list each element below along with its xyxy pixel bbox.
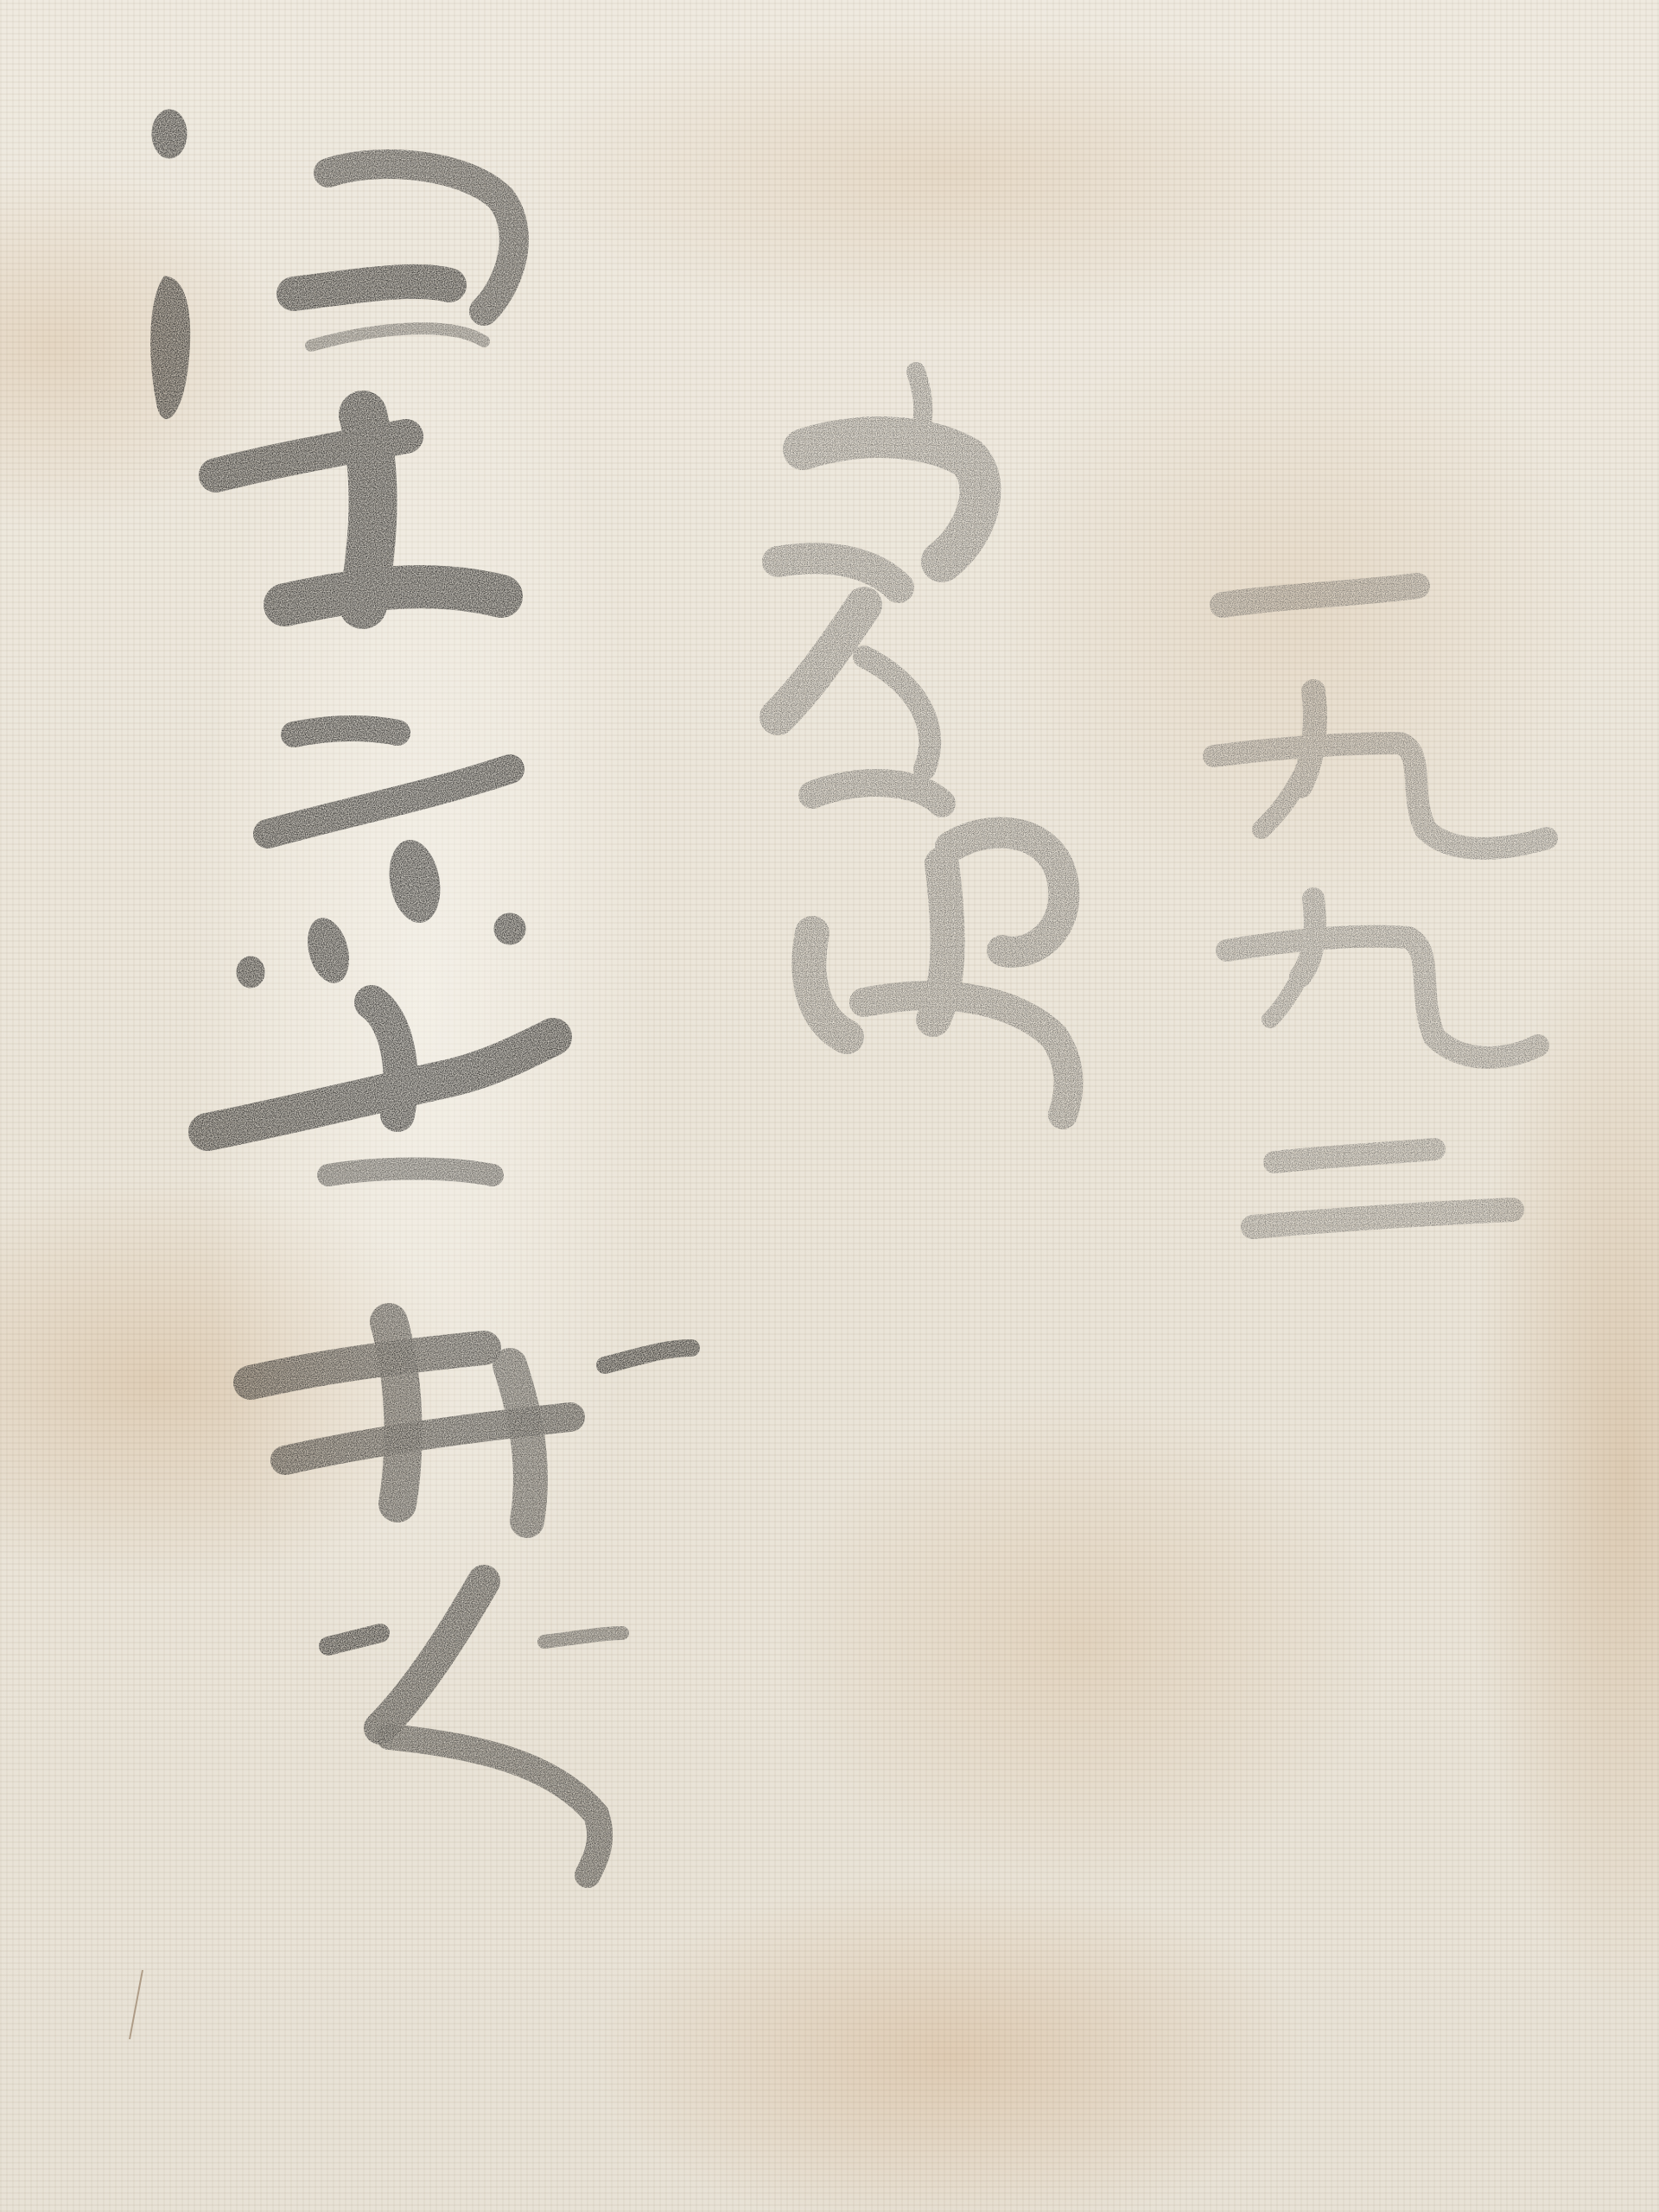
middle-column [778,372,1069,1115]
signature-column [151,110,691,1875]
calligraphy-strokes [0,0,1659,2212]
canvas-artwork: 汪亞塵 春日 一九九二 [0,0,1659,2212]
date-column [1214,586,1547,1227]
canvas-fiber [130,1970,143,2039]
